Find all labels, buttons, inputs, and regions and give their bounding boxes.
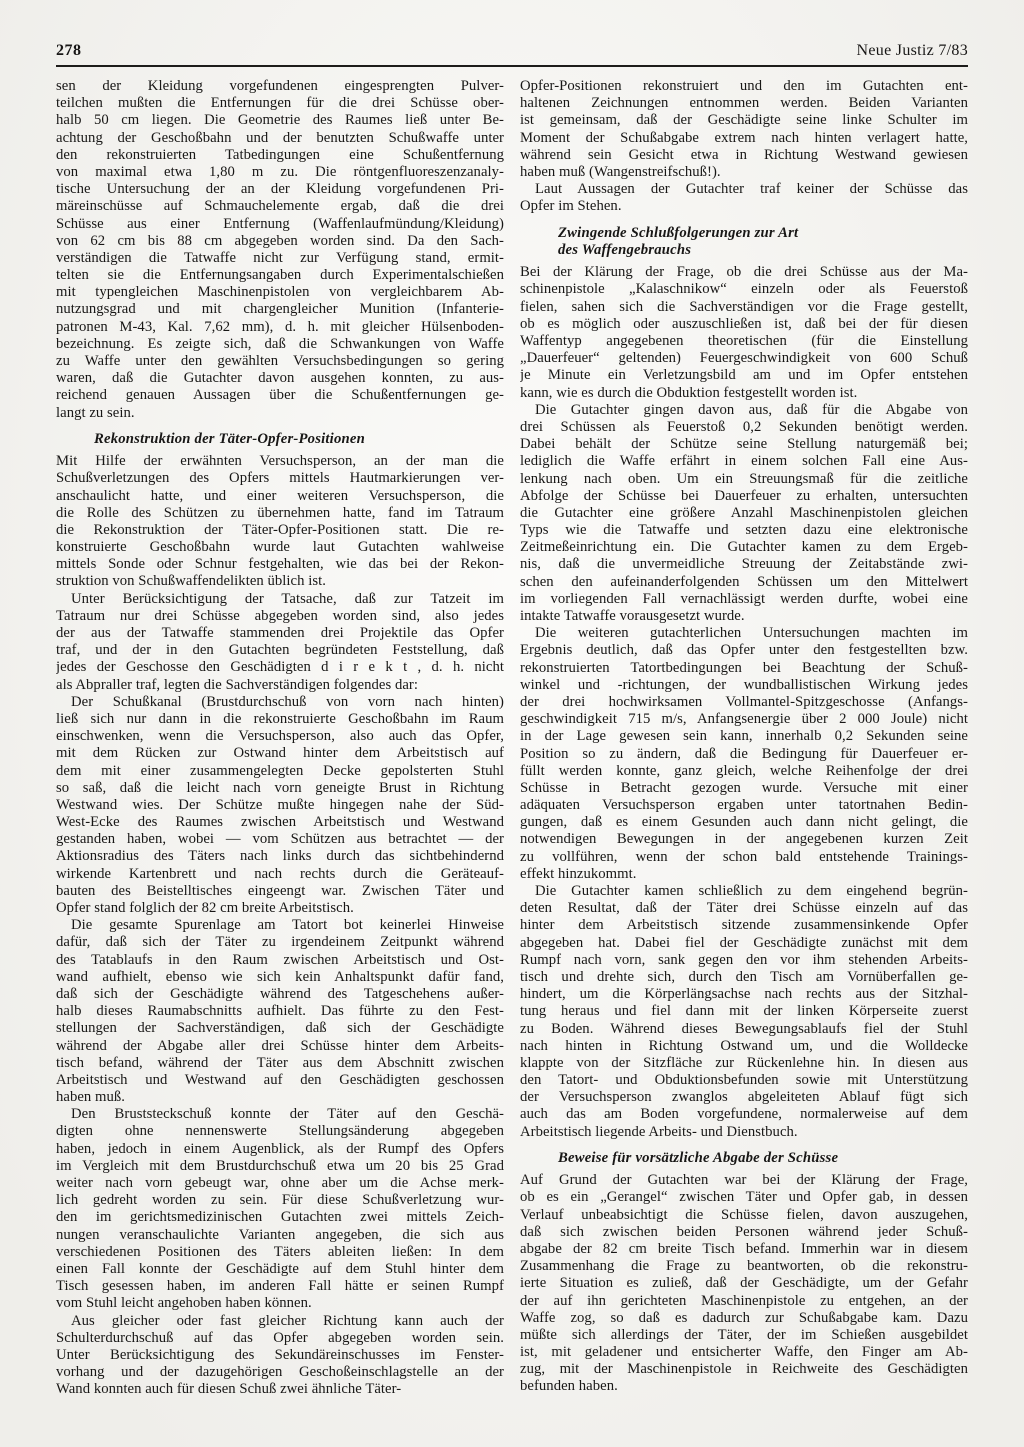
text-line: vom Stuhl leicht angehoben haben können. bbox=[56, 1295, 504, 1312]
text-line: achtung der Geschoßbahn und der benutzte… bbox=[56, 130, 504, 147]
text-line: fielen, sahen sich die Sachverständigen … bbox=[520, 299, 968, 316]
text-line: befunden haben. bbox=[520, 1378, 968, 1395]
text-line: zu Boden. Während dieses Bewegungsablauf… bbox=[520, 1021, 968, 1038]
text-line: ist, mit geladener und entsicherter Waff… bbox=[520, 1344, 968, 1361]
text-line: haltenen Zeichnungen entnommen werden. B… bbox=[520, 95, 968, 112]
text-line: Arbeitstisch und Westwand auf den Geschä… bbox=[56, 1072, 504, 1089]
paragraph: Opfer-Positionen rekonstruiert und den i… bbox=[520, 78, 968, 181]
text-line: hinter dem Arbeitstisch sitzende zusamme… bbox=[520, 917, 968, 934]
text-line: waren, daß die Gutachter davon ausgehen … bbox=[56, 370, 504, 387]
heading-line: Zwingende Schlußfolgerungen zur Art bbox=[558, 225, 968, 242]
paragraph: Auf Grund der Gutachten war bei der Klär… bbox=[520, 1172, 968, 1395]
text-line: mit dem Rücken zur Ostwand hinter dem Ar… bbox=[56, 745, 504, 762]
text-line: den rekonstruierten Tatbedingungen eine … bbox=[56, 147, 504, 164]
paragraph: Die weiteren gutachterlichen Untersuchun… bbox=[520, 625, 968, 883]
text-line: Opfer im Stehen. bbox=[520, 198, 968, 215]
section-heading: Rekonstruktion der Täter-Opfer-Positione… bbox=[94, 431, 504, 448]
text-line: haben, jedoch in einem Augenblick, als d… bbox=[56, 1141, 504, 1158]
text-line: gestanden haben, wobei — vom Schützen au… bbox=[56, 831, 504, 848]
text-line: Position so zu ändern, daß die Bedingung… bbox=[520, 746, 968, 763]
text-line: Tatraum nur drei Schüsse abgegeben worde… bbox=[56, 608, 504, 625]
text-line: Aus gleicher oder fast gleicher Richtung… bbox=[56, 1313, 504, 1330]
text-line: Unter Berücksichtigung der Tatsache, daß… bbox=[56, 591, 504, 608]
paragraph: Die gesamte Spurenlage am Tatort bot kei… bbox=[56, 917, 504, 1106]
text-line: zug, mit der Maschinenpistole in Reichwe… bbox=[520, 1361, 968, 1378]
text-line: Tisch gesessen haben, im anderen Fall hä… bbox=[56, 1278, 504, 1295]
text-line: kann, wie es durch die Obduktion festges… bbox=[520, 385, 968, 402]
text-line: der Versuchsperson zwanglos abgeleiteten… bbox=[520, 1089, 968, 1106]
text-line: daß sich zwischen beiden Personen währen… bbox=[520, 1224, 968, 1241]
text-line: halb dieses Raumabschnitts aufhielt. Das… bbox=[56, 1003, 504, 1020]
paragraph: Aus gleicher oder fast gleicher Richtung… bbox=[56, 1313, 504, 1399]
text-line: Arbeitstisch liegende Arbeits- und Diens… bbox=[520, 1124, 968, 1141]
text-line: Schüsse aus einer Entfernung (Waffenlauf… bbox=[56, 216, 504, 233]
page-header: 278 Neue Justiz 7/83 bbox=[56, 42, 968, 67]
page-number: 278 bbox=[56, 42, 82, 60]
paragraph: Unter Berücksichtigung der Tatsache, daß… bbox=[56, 591, 504, 694]
paragraph: Der Schußkanal (Brustdurchschuß von vorn… bbox=[56, 694, 504, 917]
text-line: der aus der Tatwaffe stammenden drei Pro… bbox=[56, 625, 504, 642]
text-line: tisch befand, während der Täter aus dem … bbox=[56, 1055, 504, 1072]
text-line: Die Gutachter gingen davon aus, daß für … bbox=[520, 402, 968, 419]
text-line: bezeichnung. Es zeigte sich, daß die Sch… bbox=[56, 336, 504, 353]
paragraph: Bei der Klärung der Frage, ob die drei S… bbox=[520, 264, 968, 402]
text-line: so saß, daß die leicht nach vorn geneigt… bbox=[56, 780, 504, 797]
heading-line: des Waffengebrauchs bbox=[558, 242, 968, 259]
text-line: müßte sich allerdings der Täter, der im … bbox=[520, 1327, 968, 1344]
text-line: Abfolge der Schüsse bei Dauerfeuer zu er… bbox=[520, 488, 968, 505]
paragraph: Laut Aussagen der Gutachter traf keiner … bbox=[520, 181, 968, 215]
text-line: nis, daß die unvermeidliche Streuung der… bbox=[520, 556, 968, 573]
text-line: Ergebnis deutlich, daß das Opfer unter d… bbox=[520, 642, 968, 659]
text-line: traf, und der in den Gutachten begründet… bbox=[56, 642, 504, 659]
text-line: drei Schüssen als Feuerstoß 0,2 Sekunden… bbox=[520, 419, 968, 436]
heading-line: Rekonstruktion der Täter-Opfer-Positione… bbox=[94, 431, 504, 448]
text-line: Bei der Klärung der Frage, ob die drei S… bbox=[520, 264, 968, 281]
text-line: effekt hinzukommt. bbox=[520, 866, 968, 883]
text-line: „Dauerfeuer“ geltenden) Feuergeschwindig… bbox=[520, 350, 968, 367]
text-line: lich gedreht worden zu sein. Für diese S… bbox=[56, 1192, 504, 1209]
text-line: tische Untersuchung der an der Kleidung … bbox=[56, 181, 504, 198]
text-line: die Rekonstruktion der Täter-Opfer-Posit… bbox=[56, 522, 504, 539]
text-line: Den Bruststeckschuß konnte der Täter auf… bbox=[56, 1106, 504, 1123]
text-line: Schüsse in Betracht gezogen wurde. Versu… bbox=[520, 780, 968, 797]
text-line: zu Waffe unter den gewählten Versuchsbed… bbox=[56, 353, 504, 370]
text-line: notwendigen Bewegungen in der angegebene… bbox=[520, 831, 968, 848]
text-line: füllt werden konnte, ganz gleich, welche… bbox=[520, 763, 968, 780]
left-column: sen der Kleidung vorgefundenen eingespre… bbox=[56, 78, 504, 1398]
text-line: teilchen mußten die Entfernungen für die… bbox=[56, 95, 504, 112]
text-line: Westwand wies. Der Schütze mußte hingege… bbox=[56, 797, 504, 814]
text-line: wand aufhielt, ebenso wie sich kein Anha… bbox=[56, 969, 504, 986]
paragraph: Die Gutachter gingen davon aus, daß für … bbox=[520, 402, 968, 625]
text-line: Verlauf unbeabsichtigt die Schüsse fiele… bbox=[520, 1207, 968, 1224]
text-line: mit typengleichen Maschinenpistolen von … bbox=[56, 284, 504, 301]
text-line: lenkung nach oben. Um ein Streuungsmaß f… bbox=[520, 471, 968, 488]
text-line: verständigen die Tatwaffe nicht zur Verf… bbox=[56, 250, 504, 267]
text-line: adäquaten Versuchsperson ergaben unter t… bbox=[520, 797, 968, 814]
text-line: nach hinten in Richtung Ostwand um, und … bbox=[520, 1038, 968, 1055]
text-line: dem mit einer zusammengelegten Decke gep… bbox=[56, 763, 504, 780]
text-line: jedes der Geschosse den Geschädigten d i… bbox=[56, 659, 504, 676]
text-line: ließ sich nur dann in die rekonstruierte… bbox=[56, 711, 504, 728]
text-line: abgegeben hat. Dabei fiel der Geschädigt… bbox=[520, 935, 968, 952]
text-line: Mit Hilfe der erwähnten Versuchsperson, … bbox=[56, 453, 504, 470]
text-line: nutzungsgrad und mit chargengleicher Mun… bbox=[56, 301, 504, 318]
text-line: lediglich die Waffe erfährt in einem sol… bbox=[520, 453, 968, 470]
section-heading: Beweise für vorsätzliche Abgabe der Schü… bbox=[558, 1150, 968, 1167]
text-line: sen der Kleidung vorgefundenen eingespre… bbox=[56, 78, 504, 95]
text-line: während der Abgabe aller drei Schüsse hi… bbox=[56, 1038, 504, 1055]
text-line: klappte von der Sitzfläche zur Rückenleh… bbox=[520, 1055, 968, 1072]
section-heading: Zwingende Schlußfolgerungen zur Artdes W… bbox=[558, 225, 968, 260]
text-line: in der Lage gewesen sein kann, innerhalb… bbox=[520, 728, 968, 745]
text-line: rekonstruierten Tatortbedingungen bei Be… bbox=[520, 660, 968, 677]
text-line: Der Schußkanal (Brustdurchschuß von vorn… bbox=[56, 694, 504, 711]
text-line: einschwenken, wenn die Versuchsperson, a… bbox=[56, 728, 504, 745]
text-line: intakte Tatwaffe vorausgesetzt wurde. bbox=[520, 608, 968, 625]
text-line: langt zu sein. bbox=[56, 405, 504, 422]
text-line: digten ohne nennenswerte Stellungsänderu… bbox=[56, 1123, 504, 1140]
text-line: winkel und -richtungen, der wundballisti… bbox=[520, 677, 968, 694]
text-line: ob es ein „Gerangel“ zwischen Täter und … bbox=[520, 1189, 968, 1206]
text-line: deten Resultat, daß der Täter drei Schüs… bbox=[520, 900, 968, 917]
text-line: die Gutachter eine größere Anzahl Maschi… bbox=[520, 505, 968, 522]
text-line: reichend genauen Aussagen über die Schuß… bbox=[56, 387, 504, 404]
text-line: Zusammenhang die Frage zu beantworten, o… bbox=[520, 1258, 968, 1275]
text-line: Dabei behält der Schütze seine Stellung … bbox=[520, 436, 968, 453]
text-line: Waffe zog, so daß es dadurch zur Schußab… bbox=[520, 1310, 968, 1327]
text-line: geschwindigkeit 715 m/s, Anfangsenergie … bbox=[520, 711, 968, 728]
text-line: struktion von Schußwaffendelikten üblich… bbox=[56, 573, 504, 590]
two-column-text: sen der Kleidung vorgefundenen eingespre… bbox=[56, 78, 968, 1398]
text-line: Die gesamte Spurenlage am Tatort bot kei… bbox=[56, 917, 504, 934]
paragraph: sen der Kleidung vorgefundenen eingespre… bbox=[56, 78, 504, 422]
text-line: hindert, um die Körperlängsachse nach re… bbox=[520, 986, 968, 1003]
right-column: Opfer-Positionen rekonstruiert und den i… bbox=[520, 78, 968, 1398]
paragraph: Den Bruststeckschuß konnte der Täter auf… bbox=[56, 1106, 504, 1312]
text-line: ob es möglich oder auszuschließen ist, d… bbox=[520, 316, 968, 333]
text-line: Wand konnten auch für diesen Schuß zwei … bbox=[56, 1381, 504, 1398]
text-line: Waffentyp angegebenen theoretischen (für… bbox=[520, 333, 968, 350]
text-line: von 62 cm bis 88 cm abgegeben worden sin… bbox=[56, 233, 504, 250]
text-line: Schulterdurchschuß auf das Opfer abgegeb… bbox=[56, 1330, 504, 1347]
text-line: im vorliegenden Fall vernachlässigt werd… bbox=[520, 591, 968, 608]
heading-line: Beweise für vorsätzliche Abgabe der Schü… bbox=[558, 1150, 968, 1167]
text-line: West-Ecke des Raumes zwischen Arbeitstis… bbox=[56, 814, 504, 831]
text-line: ist gemeinsam, daß der Geschädigte seine… bbox=[520, 112, 968, 129]
text-line: bauten des Beistelltisches eingeengt war… bbox=[56, 883, 504, 900]
text-line: telten sie die Entfernungsangaben durch … bbox=[56, 267, 504, 284]
text-line: Zeitmeßeinrichtung ein. Die Gutachter ka… bbox=[520, 539, 968, 556]
text-line: konstruierte Geschoßbahn wurde laut Guta… bbox=[56, 539, 504, 556]
text-line: den im gerichtsmedizinischen Gutachten z… bbox=[56, 1209, 504, 1226]
text-line: weiter nach vorn gebeugt war, ohne aber … bbox=[56, 1175, 504, 1192]
text-line: patronen M-43, Kal. 7,62 mm), d. h. mit … bbox=[56, 319, 504, 336]
text-line: daß sich der Geschädigte während des Tat… bbox=[56, 986, 504, 1003]
text-line: als Abpraller traf, legten die Sachverst… bbox=[56, 677, 504, 694]
text-line: gungen, daß es einem Gesunden auch dann … bbox=[520, 814, 968, 831]
text-line: mittels Sonde oder Schnur festgehalten, … bbox=[56, 556, 504, 573]
text-line: anschaulicht hatte, und einer weiteren V… bbox=[56, 488, 504, 505]
text-line: einen Fall konnte der Geschädigte auf de… bbox=[56, 1261, 504, 1278]
journal-title: Neue Justiz 7/83 bbox=[857, 42, 968, 60]
text-line: die Rolle des Schützen zu übernehmen hat… bbox=[56, 505, 504, 522]
text-line: zu vollführen, wenn der schon bald entst… bbox=[520, 849, 968, 866]
text-line: schen den aufeinanderfolgenden Schüssen … bbox=[520, 574, 968, 591]
text-line: tung heraus und fiel dann mit der linken… bbox=[520, 1003, 968, 1020]
text-line: im Vergleich mit dem Brustdurchschuß etw… bbox=[56, 1158, 504, 1175]
text-line: Laut Aussagen der Gutachter traf keiner … bbox=[520, 181, 968, 198]
text-line: stellungen der Sachverständigen, daß sic… bbox=[56, 1020, 504, 1037]
text-line: den Tatort- und Obduktionsbefunden sowie… bbox=[520, 1072, 968, 1089]
text-line: halb 50 cm liegen. Die Geometrie des Rau… bbox=[56, 112, 504, 129]
text-line: haben muß (Wangenstreifschuß!). bbox=[520, 164, 968, 181]
text-line: je Minute ein Verletzungsbild am und im … bbox=[520, 367, 968, 384]
text-line: nungen veranschaulichte Varianten angege… bbox=[56, 1227, 504, 1244]
text-line: während sein Gesicht etwa in Richtung We… bbox=[520, 147, 968, 164]
paragraph: Die Gutachter kamen schließlich zu dem e… bbox=[520, 883, 968, 1141]
text-line: von maximal etwa 1,80 m zu. Die röntgenf… bbox=[56, 164, 504, 181]
text-line: Opfer stand folglich der 82 cm breite Ar… bbox=[56, 900, 504, 917]
text-line: des Tatablaufs in den Raum zwischen Arbe… bbox=[56, 952, 504, 969]
text-line: Opfer-Positionen rekonstruiert und den i… bbox=[520, 78, 968, 95]
text-line: schinenpistole „Kalaschnikow“ einzeln od… bbox=[520, 281, 968, 298]
text-line: Unter Berücksichtigung des Sekundäreinsc… bbox=[56, 1347, 504, 1364]
text-line: Moment der Schußabgabe extrem nach hinte… bbox=[520, 130, 968, 147]
text-line: Die weiteren gutachterlichen Untersuchun… bbox=[520, 625, 968, 642]
text-line: der drei hochwirksamen Vollmantel-Spitzg… bbox=[520, 694, 968, 711]
text-line: auch das am Boden vorgefundene, normaler… bbox=[520, 1106, 968, 1123]
text-line: verschiedenen Positionen des Täters able… bbox=[56, 1244, 504, 1261]
text-line: abgabe der 82 cm breite Tisch befand. Im… bbox=[520, 1241, 968, 1258]
journal-page: 278 Neue Justiz 7/83 sen der Kleidung vo… bbox=[0, 0, 1024, 1447]
text-line: haben muß. bbox=[56, 1089, 504, 1106]
paragraph: Mit Hilfe der erwähnten Versuchsperson, … bbox=[56, 453, 504, 591]
text-line: Aktionsradius des Täters nach links durc… bbox=[56, 848, 504, 865]
text-line: Rumpf nach vorn, sank gegen den vor ihm … bbox=[520, 952, 968, 969]
text-line: Auf Grund der Gutachten war bei der Klär… bbox=[520, 1172, 968, 1189]
text-line: wirkende Kartenbrett und nach rechts dur… bbox=[56, 866, 504, 883]
text-line: vorhang und der dazugehörigen Geschoßein… bbox=[56, 1364, 504, 1381]
text-line: Typs wie die Tatwaffe und setzten dazu e… bbox=[520, 522, 968, 539]
text-line: märeinschüsse auf Schmauchelemente ergab… bbox=[56, 198, 504, 215]
text-line: Die Gutachter kamen schließlich zu dem e… bbox=[520, 883, 968, 900]
text-line: der auf ihn gerichteten Maschinenpistole… bbox=[520, 1293, 968, 1310]
text-line: tisch und drehte sich, durch den Tisch a… bbox=[520, 969, 968, 986]
text-line: Schußverletzungen des Opfers mittels Hau… bbox=[56, 470, 504, 487]
text-line: ierte Situation es zuließ, daß der Gesch… bbox=[520, 1275, 968, 1292]
text-line: dafür, daß sich der Täter zu irgendeinem… bbox=[56, 934, 504, 951]
